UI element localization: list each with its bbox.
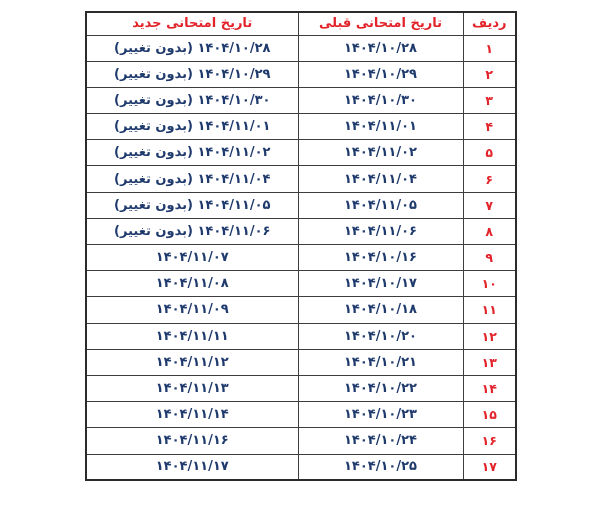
document-page: ردیف تاریخ امتحانی قبلی تاریخ امتحانی جد… xyxy=(0,0,614,521)
header-row: ردیف تاریخ امتحانی قبلی تاریخ امتحانی جد… xyxy=(86,12,516,35)
previous-date-cell: ۱۴۰۴/۱۰/۲۹ xyxy=(298,61,463,87)
new-date-cell: ۱۴۰۴/۱۰/۲۸ (بدون تغییر) xyxy=(86,35,298,61)
table-row: ۹ ۱۴۰۴/۱۰/۱۶ ۱۴۰۴/۱۱/۰۷ xyxy=(86,245,516,271)
table-row: ۱ ۱۴۰۴/۱۰/۲۸ ۱۴۰۴/۱۰/۲۸ (بدون تغییر) xyxy=(86,35,516,61)
previous-date-cell: ۱۴۰۴/۱۰/۲۴ xyxy=(298,428,463,454)
header-previous-exam-date: تاریخ امتحانی قبلی xyxy=(298,12,463,35)
new-date-cell: ۱۴۰۴/۱۱/۱۶ xyxy=(86,428,298,454)
row-number-cell: ۹ xyxy=(463,245,516,271)
table-row: ۸ ۱۴۰۴/۱۱/۰۶ ۱۴۰۴/۱۱/۰۶ (بدون تغییر) xyxy=(86,218,516,244)
row-number-cell: ۱۶ xyxy=(463,428,516,454)
row-number-cell: ۱۰ xyxy=(463,271,516,297)
new-date-cell: ۱۴۰۴/۱۱/۰۵ (بدون تغییر) xyxy=(86,192,298,218)
row-number-cell: ۱۱ xyxy=(463,297,516,323)
table-row: ۱۴ ۱۴۰۴/۱۰/۲۲ ۱۴۰۴/۱۱/۱۳ xyxy=(86,375,516,401)
table-row: ۱۵ ۱۴۰۴/۱۰/۲۳ ۱۴۰۴/۱۱/۱۴ xyxy=(86,402,516,428)
previous-date-cell: ۱۴۰۴/۱۱/۰۱ xyxy=(298,114,463,140)
table-row: ۱۷ ۱۴۰۴/۱۰/۲۵ ۱۴۰۴/۱۱/۱۷ xyxy=(86,454,516,480)
new-date-cell: ۱۴۰۴/۱۰/۲۹ (بدون تغییر) xyxy=(86,61,298,87)
exam-date-change-table: ردیف تاریخ امتحانی قبلی تاریخ امتحانی جد… xyxy=(85,11,517,481)
row-number-cell: ۳ xyxy=(463,87,516,113)
row-number-cell: ۲ xyxy=(463,61,516,87)
row-number-cell: ۸ xyxy=(463,218,516,244)
new-date-cell: ۱۴۰۴/۱۱/۱۴ xyxy=(86,402,298,428)
new-date-cell: ۱۴۰۴/۱۰/۳۰ (بدون تغییر) xyxy=(86,87,298,113)
previous-date-cell: ۱۴۰۴/۱۰/۳۰ xyxy=(298,87,463,113)
row-number-cell: ۵ xyxy=(463,140,516,166)
table-row: ۱۲ ۱۴۰۴/۱۰/۲۰ ۱۴۰۴/۱۱/۱۱ xyxy=(86,323,516,349)
row-number-cell: ۱۴ xyxy=(463,375,516,401)
previous-date-cell: ۱۴۰۴/۱۰/۲۸ xyxy=(298,35,463,61)
previous-date-cell: ۱۴۰۴/۱۰/۱۷ xyxy=(298,271,463,297)
new-date-cell: ۱۴۰۴/۱۱/۱۱ xyxy=(86,323,298,349)
row-number-cell: ۴ xyxy=(463,114,516,140)
row-number-cell: ۱۲ xyxy=(463,323,516,349)
new-date-cell: ۱۴۰۴/۱۱/۰۱ (بدون تغییر) xyxy=(86,114,298,140)
table-row: ۱۶ ۱۴۰۴/۱۰/۲۴ ۱۴۰۴/۱۱/۱۶ xyxy=(86,428,516,454)
row-number-cell: ۱۳ xyxy=(463,349,516,375)
previous-date-cell: ۱۴۰۴/۱۰/۲۲ xyxy=(298,375,463,401)
row-number-cell: ۱۵ xyxy=(463,402,516,428)
table-row: ۷ ۱۴۰۴/۱۱/۰۵ ۱۴۰۴/۱۱/۰۵ (بدون تغییر) xyxy=(86,192,516,218)
previous-date-cell: ۱۴۰۴/۱۰/۱۸ xyxy=(298,297,463,323)
table-row: ۱۰ ۱۴۰۴/۱۰/۱۷ ۱۴۰۴/۱۱/۰۸ xyxy=(86,271,516,297)
table-row: ۳ ۱۴۰۴/۱۰/۳۰ ۱۴۰۴/۱۰/۳۰ (بدون تغییر) xyxy=(86,87,516,113)
previous-date-cell: ۱۴۰۴/۱۰/۲۵ xyxy=(298,454,463,480)
new-date-cell: ۱۴۰۴/۱۱/۱۷ xyxy=(86,454,298,480)
new-date-cell: ۱۴۰۴/۱۱/۰۷ xyxy=(86,245,298,271)
previous-date-cell: ۱۴۰۴/۱۰/۱۶ xyxy=(298,245,463,271)
new-date-cell: ۱۴۰۴/۱۱/۰۲ (بدون تغییر) xyxy=(86,140,298,166)
previous-date-cell: ۱۴۰۴/۱۰/۲۳ xyxy=(298,402,463,428)
new-date-cell: ۱۴۰۴/۱۱/۰۶ (بدون تغییر) xyxy=(86,218,298,244)
row-number-cell: ۱ xyxy=(463,35,516,61)
previous-date-cell: ۱۴۰۴/۱۱/۰۵ xyxy=(298,192,463,218)
new-date-cell: ۱۴۰۴/۱۱/۱۳ xyxy=(86,375,298,401)
previous-date-cell: ۱۴۰۴/۱۰/۲۰ xyxy=(298,323,463,349)
new-date-cell: ۱۴۰۴/۱۱/۰۸ xyxy=(86,271,298,297)
previous-date-cell: ۱۴۰۴/۱۱/۰۶ xyxy=(298,218,463,244)
row-number-cell: ۶ xyxy=(463,166,516,192)
row-number-cell: ۷ xyxy=(463,192,516,218)
table-row: ۵ ۱۴۰۴/۱۱/۰۲ ۱۴۰۴/۱۱/۰۲ (بدون تغییر) xyxy=(86,140,516,166)
table-row: ۱۳ ۱۴۰۴/۱۰/۲۱ ۱۴۰۴/۱۱/۱۲ xyxy=(86,349,516,375)
previous-date-cell: ۱۴۰۴/۱۰/۲۱ xyxy=(298,349,463,375)
header-new-exam-date: تاریخ امتحانی جدید xyxy=(86,12,298,35)
table-row: ۴ ۱۴۰۴/۱۱/۰۱ ۱۴۰۴/۱۱/۰۱ (بدون تغییر) xyxy=(86,114,516,140)
new-date-cell: ۱۴۰۴/۱۱/۰۴ (بدون تغییر) xyxy=(86,166,298,192)
table-row: ۶ ۱۴۰۴/۱۱/۰۴ ۱۴۰۴/۱۱/۰۴ (بدون تغییر) xyxy=(86,166,516,192)
previous-date-cell: ۱۴۰۴/۱۱/۰۴ xyxy=(298,166,463,192)
row-number-cell: ۱۷ xyxy=(463,454,516,480)
new-date-cell: ۱۴۰۴/۱۱/۰۹ xyxy=(86,297,298,323)
header-row-number: ردیف xyxy=(463,12,516,35)
table-row: ۱۱ ۱۴۰۴/۱۰/۱۸ ۱۴۰۴/۱۱/۰۹ xyxy=(86,297,516,323)
new-date-cell: ۱۴۰۴/۱۱/۱۲ xyxy=(86,349,298,375)
table-row: ۲ ۱۴۰۴/۱۰/۲۹ ۱۴۰۴/۱۰/۲۹ (بدون تغییر) xyxy=(86,61,516,87)
previous-date-cell: ۱۴۰۴/۱۱/۰۲ xyxy=(298,140,463,166)
